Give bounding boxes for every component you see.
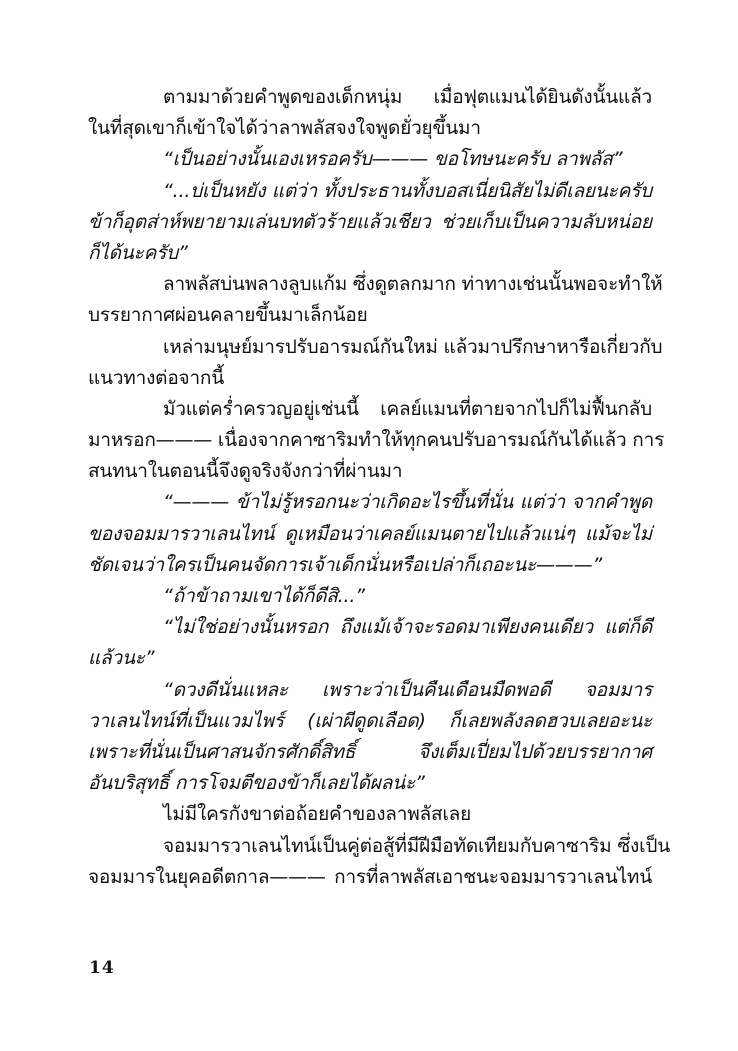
dialogue-line: “...บ่เป็นหยัง แต่ว่า ทั้งประธานทั้งบอสเ… — [88, 176, 652, 207]
dialogue-line: “เป็นอย่างนั้นเองเหรอครับ——— ขอโทษนะครับ… — [88, 144, 652, 175]
dialogue-line: อันบริสุทธิ์ การโจมตีของข้าก็เลยได้ผลน่ะ… — [88, 768, 652, 799]
text-line: ตามมาด้วยคำพูดของเด็กหนุ่ม เมื่อฟุตแมนได… — [88, 82, 652, 113]
text-line: เหล่ามนุษย์มารปรับอารมณ์กันใหม่ แล้วมาปร… — [88, 332, 652, 363]
text-line: จอมมารวาเลนไทน์เป็นคู่ต่อสู้ที่มีฝีมือทั… — [88, 831, 652, 862]
dialogue-line: ก็ได้นะครับ” — [88, 238, 652, 269]
dialogue-line: เพราะที่นั่นเป็นศาสนจักรศักดิ์สิทธิ์ จึง… — [88, 737, 652, 768]
dialogue-line: ของจอมมารวาเลนไทน์ ดูเหมือนว่าเคลย์แมนตา… — [88, 519, 652, 550]
text-line: มัวแต่คร่ำครวญอยู่เช่นนี้ เคลย์แมนที่ตาย… — [88, 394, 652, 425]
text-line: ลาพลัสบ่นพลางลูบแก้ม ซึ่งดูตลกมาก ท่าทาง… — [88, 269, 652, 300]
dialogue-line: ชัดเจนว่าใครเป็นคนจัดการเจ้าเด็กนั่นหรือ… — [88, 550, 652, 581]
book-page: ตามมาด้วยคำพูดของเด็กหนุ่ม เมื่อฟุตแมนได… — [0, 0, 738, 1051]
dialogue-line: วาเลนไทน์ที่เป็นแวมไพร์ (เผ่าผีดูดเลือด)… — [88, 706, 652, 737]
text-line: ในที่สุดเขาก็เข้าใจได้ว่าลาพลัสจงใจพูดยั… — [88, 113, 652, 144]
dialogue-line: แล้วนะ” — [88, 643, 652, 674]
dialogue-line: ข้าก็อุตส่าห์พยายามเล่นบทตัวร้ายแล้วเชีย… — [88, 207, 652, 238]
dialogue-line: “——— ข้าไม่รู้หรอกนะว่าเกิดอะไรขึ้นที่นั… — [88, 487, 652, 518]
page-number: 14 — [89, 958, 115, 978]
text-line: มาหรอก——— เนื่องจากคาซาริมทำให้ทุกคนปรับ… — [88, 425, 652, 456]
text-line: จอมมารในยุคอดีตกาล——— การที่ลาพลัสเอาชนะ… — [88, 862, 652, 893]
text-line: สนทนาในตอนนี้จึงดูจริงจังกว่าที่ผ่านมา — [88, 456, 652, 487]
dialogue-line: “ไม่ใช่อย่างนั้นหรอก ถึงแม้เจ้าจะรอดมาเพ… — [88, 612, 652, 643]
body-text: ตามมาด้วยคำพูดของเด็กหนุ่ม เมื่อฟุตแมนได… — [88, 82, 652, 893]
dialogue-line: “ดวงดีนั่นแหละ เพราะว่าเป็นคืนเดือนมืดพอ… — [88, 675, 652, 706]
text-line: บรรยากาศผ่อนคลายขึ้นมาเล็กน้อย — [88, 300, 652, 331]
text-line: ไม่มีใครกังขาต่อถ้อยคำของลาพลัสเลย — [88, 799, 652, 830]
dialogue-line: “ถ้าข้าถามเขาได้ก็ดีสิ...” — [88, 581, 652, 612]
text-line: แนวทางต่อจากนี้ — [88, 363, 652, 394]
